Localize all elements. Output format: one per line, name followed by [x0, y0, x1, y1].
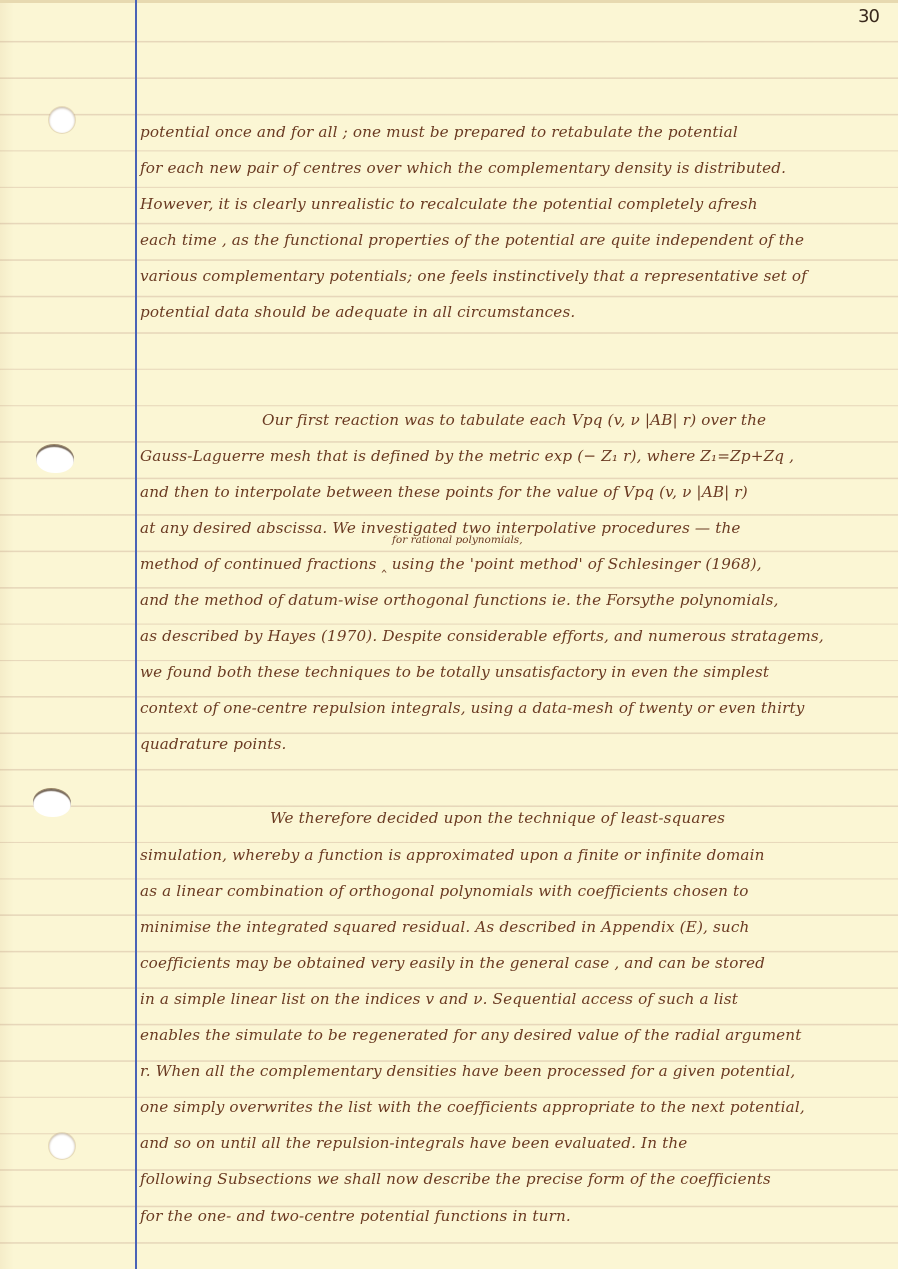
- text-line: context of one-centre repulsion integral…: [140, 698, 805, 718]
- text-line: as described by Hayes (1970). Despite co…: [140, 626, 824, 646]
- notebook-page: 30 potential once and for all ; one must…: [0, 0, 898, 1269]
- text-line: r. When all the complementary densities …: [140, 1061, 795, 1081]
- page-number: 30: [858, 6, 879, 27]
- text-line: coefficients may be obtained very easily…: [140, 953, 765, 973]
- text-line: and the method of datum-wise orthogonal …: [140, 590, 779, 610]
- text-line: potential data should be adequate in all…: [140, 302, 575, 322]
- text-line: following Subsections we shall now descr…: [140, 1169, 771, 1189]
- text-line: potential once and for all ; one must be…: [140, 122, 738, 142]
- text-line: various complementary potentials; one fe…: [140, 266, 807, 286]
- text-line: minimise the integrated squared residual…: [140, 917, 749, 937]
- text-line: for the one- and two-centre potential fu…: [140, 1206, 571, 1226]
- text-line: for each new pair of centres over which …: [140, 158, 786, 178]
- text-line: one simply overwrites the list with the …: [140, 1097, 805, 1117]
- text-line: we found both these techniques to be tot…: [140, 662, 769, 682]
- text-line: and then to interpolate between these po…: [140, 482, 748, 502]
- punch-hole: [49, 1133, 75, 1159]
- text-line: We therefore decided upon the technique …: [270, 808, 725, 828]
- text-line: Gauss-Laguerre mesh that is defined by t…: [140, 446, 794, 466]
- text-line: quadrature points.: [140, 734, 286, 754]
- text-line: Our first reaction was to tabulate each …: [262, 410, 766, 430]
- text-line: in a simple linear list on the indices v…: [140, 989, 738, 1009]
- punch-hole-torn: [33, 789, 71, 817]
- text-line: as a linear combination of orthogonal po…: [140, 881, 749, 901]
- text-line: enables the simulate to be regenerated f…: [140, 1025, 802, 1045]
- text-line: simulation, whereby a function is approx…: [140, 845, 765, 865]
- punch-hole-torn: [36, 445, 74, 473]
- punch-hole: [49, 107, 75, 133]
- text-line: method of continued fractions ‸ using th…: [140, 554, 762, 574]
- handwritten-insertion: for rational polynomials,: [392, 534, 523, 546]
- text-line: However, it is clearly unrealistic to re…: [140, 194, 758, 214]
- margin-line: [135, 0, 137, 1269]
- text-line: and so on until all the repulsion-integr…: [140, 1133, 687, 1153]
- text-line: each time , as the functional properties…: [140, 230, 804, 250]
